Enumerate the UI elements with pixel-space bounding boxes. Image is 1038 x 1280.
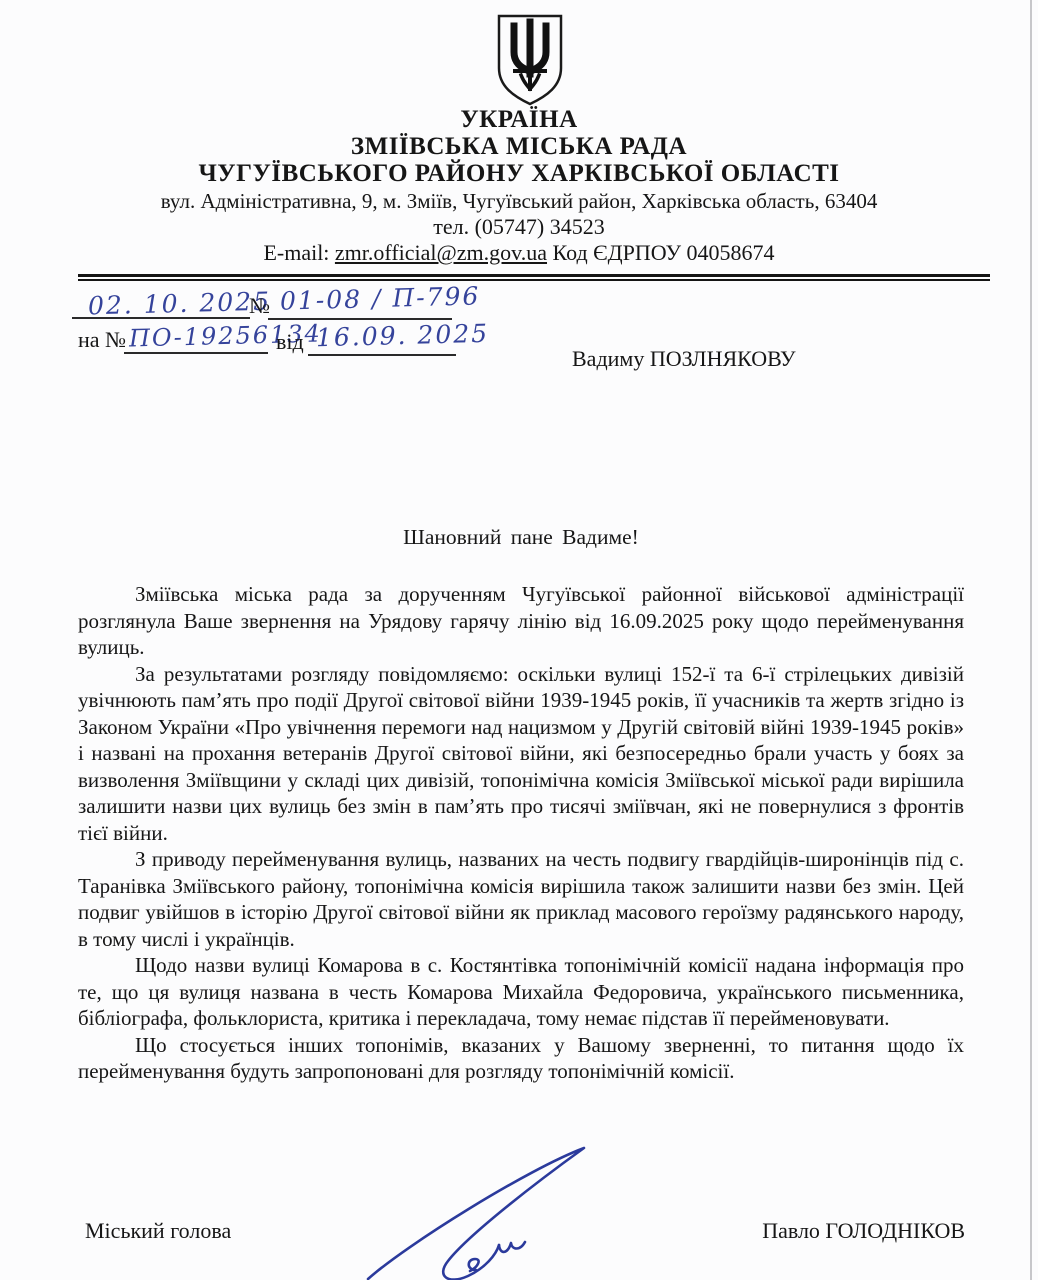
letterhead-council-name: ЗМІЇВСЬКА МІСЬКА РАДА bbox=[0, 133, 1038, 161]
coat-of-arms-emblem bbox=[492, 12, 568, 108]
paragraph-2: За результатами розгляду повідомляємо: о… bbox=[78, 661, 964, 847]
paragraph-3: З приводу перейменування вулиць, названи… bbox=[78, 846, 964, 952]
letterhead-email-line: E-mail: zmr.official@zm.gov.ua Код ЄДРПО… bbox=[0, 240, 1038, 266]
recipient-name: Вадиму ПОЗЛНЯКОВУ bbox=[572, 346, 796, 372]
outgoing-number-handwritten: 01-08 / П-796 bbox=[280, 281, 481, 315]
paragraph-1: Зміївська міська рада за дорученням Чугу… bbox=[78, 581, 964, 661]
letterhead-district-line: ЧУГУЇВСЬКОГО РАЙОНУ ХАРКІВСЬКОЇ ОБЛАСТІ bbox=[0, 160, 1038, 188]
letterhead-country: УКРАЇНА bbox=[0, 106, 1038, 134]
letter-page: УКРАЇНА ЗМІЇВСЬКА МІСЬКА РАДА ЧУГУЇВСЬКО… bbox=[0, 0, 1038, 1280]
paragraph-4: Щодо назви вулиці Комарова в с. Костянті… bbox=[78, 952, 964, 1032]
number-label: № bbox=[249, 293, 270, 319]
from-date-handwritten: 16.09. 2025 bbox=[316, 319, 490, 353]
letterhead-address: вул. Адміністративна, 9, м. Зміїв, Чугуї… bbox=[0, 189, 1038, 214]
email-label: E-mail: bbox=[263, 240, 334, 265]
paragraph-5: Що стосується інших топонімів, вказаних … bbox=[78, 1032, 964, 1085]
letterhead-divider-rule bbox=[78, 274, 990, 281]
from-blank-line bbox=[308, 354, 456, 356]
signature-handwriting bbox=[358, 1143, 593, 1280]
signer-title: Міський голова bbox=[85, 1218, 231, 1244]
letter-body: Зміївська міська рада за дорученням Чугу… bbox=[78, 581, 964, 1085]
email-address: zmr.official@zm.gov.ua bbox=[335, 240, 547, 265]
signer-name: Павло ГОЛОДНІКОВ bbox=[742, 1218, 965, 1244]
reply-blank-line bbox=[124, 352, 268, 354]
letterhead-phone: тел. (05747) 34523 bbox=[0, 214, 1038, 240]
date-blank-line bbox=[72, 317, 250, 319]
salutation: Шановний пане Вадиме! bbox=[78, 525, 964, 550]
outgoing-date-handwritten: 02. 10. 2025 bbox=[88, 287, 272, 321]
edrpou-code: Код ЄДРПОУ 04058674 bbox=[547, 240, 775, 265]
reply-to-label: на № bbox=[78, 327, 126, 353]
from-date-label: від bbox=[276, 329, 304, 355]
